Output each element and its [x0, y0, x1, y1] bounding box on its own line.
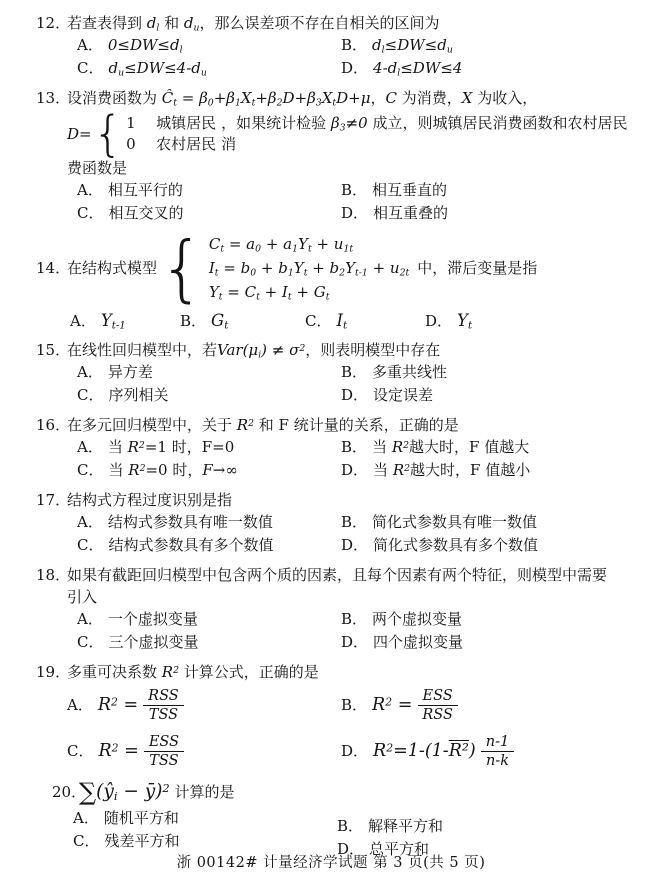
question-15-options: A．异方差 B．多重共线性 C．序列相关 D．设定误差	[77, 361, 636, 407]
option-label: B．	[341, 34, 367, 57]
option-text: 当 R2越大时，F 值越小	[373, 459, 530, 482]
option-label: D．	[425, 310, 452, 332]
question-19-number: 19．	[36, 661, 67, 683]
question-18: 18． 如果有截距回归模型中包含两个质的因素，且每个因素有两个特征，则模型中需要…	[36, 564, 636, 654]
formula-prefix: R2=1-(1-R²)	[373, 740, 476, 763]
question-13-options: A．相互平行的 B．相互垂直的 C．相互交叉的 D．相互重叠的	[77, 179, 636, 225]
option-label: D．	[341, 202, 368, 225]
question-20-option-a: A．随机平方和	[73, 807, 337, 830]
option-label: A．	[73, 807, 99, 830]
question-13-number: 13．	[36, 87, 67, 109]
option-label: A．	[77, 34, 103, 57]
option-text: dl≤DW≤du	[372, 34, 453, 57]
option-label: A．	[70, 310, 96, 332]
equation-income: Yt = Ct + It + Gt	[209, 280, 409, 304]
question-14-option-d: D．Yt	[425, 310, 472, 332]
option-text: 一个虚拟变量	[108, 608, 198, 631]
question-13-stem: 设消费函数为 Ĉt = β0+β1Xt+β2D+β3XtD+μ，C 为消费，X …	[67, 87, 636, 109]
option-text: 异方差	[108, 361, 153, 384]
fraction-numerator: n-1	[481, 733, 514, 752]
option-label: C．	[305, 310, 331, 332]
question-14-number: 14．	[36, 257, 67, 279]
option-label: D．	[341, 740, 368, 763]
fraction-numerator: ESS	[144, 733, 184, 752]
question-19-option-a: A．R2 = RSSTSS	[67, 687, 341, 724]
d-equals: D=	[67, 123, 92, 145]
option-label: A．	[77, 361, 103, 384]
question-12-number: 12．	[36, 12, 67, 34]
fraction-denominator: RSS	[417, 706, 458, 724]
question-13-option-b: B．相互垂直的	[341, 179, 636, 202]
question-13-option-d: D．相互重叠的	[341, 202, 636, 225]
option-label: A．	[67, 694, 93, 717]
fraction-numerator: RSS	[143, 687, 184, 706]
option-label: A．	[77, 608, 103, 631]
question-12: 12． 若查表得到 dl 和 du，那么误差项不存在自相关的区间为 A．0≤DW…	[36, 12, 636, 80]
option-text: 结构式参数具有多个数值	[108, 534, 273, 557]
option-text: 当 R2=0 时，F→∞	[108, 459, 237, 482]
question-14-stem-before: 在结构式模型	[67, 257, 157, 279]
question-14-option-a: A．Yt-1	[70, 310, 180, 332]
option-text: Yt	[457, 310, 472, 332]
dummy-variable-definition: D= { 1城镇居民 0农村居民 ，如果统计检验 β3≠0 成立，则城镇居民消费…	[67, 112, 636, 156]
option-label: C．	[67, 740, 93, 763]
formula-prefix: R2 =	[98, 740, 138, 763]
option-text: 当 R2越大时，F 值越大	[372, 436, 529, 459]
question-17-option-c: C．结构式参数具有多个数值	[77, 534, 341, 557]
question-15-option-c: C．序列相关	[77, 384, 341, 407]
fraction-denominator: TSS	[144, 752, 183, 770]
option-label: B．	[341, 511, 367, 534]
question-19-options: A．R2 = RSSTSS B．R2 = ESSRSS C．R2 = ESSTS…	[67, 687, 636, 771]
case-label: 农村居民	[156, 134, 216, 155]
question-16-stem: 在多元回归模型中，关于 R2 和 F 统计量的关系，正确的是	[67, 414, 636, 436]
question-17-options: A．结构式参数具有唯一数值 B．简化式参数具有唯一数值 C．结构式参数具有多个数…	[77, 511, 636, 557]
option-text: 相互重叠的	[373, 202, 448, 225]
question-14: 14． 在结构式模型 { Ct = a0 + a1Yt + u1t It = b…	[36, 232, 636, 332]
question-20: 20． ∑(ŷi − ȳ)2 计算的是 A．随机平方和 B．解释平方和 C．残差…	[52, 781, 636, 853]
option-label: A．	[77, 511, 103, 534]
option-label: D．	[341, 57, 368, 80]
option-label: B．	[341, 436, 367, 459]
question-20-options: A．随机平方和 B．解释平方和 C．残差平方和 D．总平方和	[73, 807, 636, 853]
question-18-stem: 如果有截距回归模型中包含两个质的因素，且每个因素有两个特征，则模型中需要	[67, 564, 636, 586]
equation-consumption: Ct = a0 + a1Yt + u1t	[209, 232, 409, 256]
page-footer: 浙 00142# 计量经济学试题 第 3 页(共 5 页)	[0, 852, 662, 874]
question-16-options: A．当 R2=1 时，F=0 B．当 R2越大时，F 值越大 C．当 R2=0 …	[77, 436, 636, 482]
case-rural: 0农村居民	[126, 134, 216, 155]
fraction-numerator: ESS	[418, 687, 458, 706]
option-text: 相互平行的	[108, 179, 183, 202]
option-label: C．	[77, 57, 103, 80]
question-20-option-b: B．解释平方和	[337, 815, 636, 838]
question-19-option-c: C．R2 = ESSTSS	[67, 733, 341, 770]
question-15-option-b: B．多重共线性	[341, 361, 636, 384]
question-16-number: 16．	[36, 414, 67, 436]
question-12-option-d: D．4-dl≤DW≤4	[341, 57, 636, 80]
question-12-option-a: A．0≤DW≤dl	[77, 34, 341, 57]
option-label: A．	[77, 436, 103, 459]
option-text: 两个虚拟变量	[372, 608, 462, 631]
left-brace: {	[159, 232, 205, 304]
question-15: 15． 在线性回归模型中，若Var(μi) ≠ σ2，则表明模型中存在 A．异方…	[36, 339, 636, 407]
option-text: du≤DW≤4-du	[108, 57, 206, 80]
option-text: 当 R2=1 时，F=0	[108, 436, 234, 459]
option-text: 四个虚拟变量	[373, 631, 463, 654]
option-text: 简化式参数具有唯一数值	[372, 511, 537, 534]
exam-page: 12． 若查表得到 dl 和 du，那么误差项不存在自相关的区间为 A．0≤DW…	[0, 0, 662, 887]
option-text: 多重共线性	[372, 361, 447, 384]
question-13-stem-continued: 费函数是	[67, 157, 636, 179]
option-text: 残差平方和	[104, 830, 179, 853]
question-14-stem-after: 中，滞后变量是指	[417, 257, 537, 279]
option-text: 4-dl≤DW≤4	[373, 57, 462, 80]
case-value: 0	[126, 134, 142, 155]
question-20-stem: ∑(ŷi − ȳ)2 计算的是	[79, 781, 636, 803]
equation-system: Ct = a0 + a1Yt + u1t It = b0 + b1Yt + b2…	[209, 232, 409, 304]
option-label: D．	[341, 534, 368, 557]
option-text: 序列相关	[108, 384, 168, 407]
option-text: It	[336, 310, 347, 332]
question-18-option-a: A．一个虚拟变量	[77, 608, 341, 631]
question-15-stem: 在线性回归模型中，若Var(μi) ≠ σ2，则表明模型中存在	[67, 339, 636, 361]
question-13-option-a: A．相互平行的	[77, 179, 341, 202]
question-13: 13． 设消费函数为 Ĉt = β0+β1Xt+β2D+β3XtD+μ，C 为消…	[36, 87, 636, 225]
question-16: 16． 在多元回归模型中，关于 R2 和 F 统计量的关系，正确的是 A．当 R…	[36, 414, 636, 482]
formula-prefix: R2 =	[372, 694, 412, 717]
option-text: Gt	[211, 310, 228, 332]
fraction: ESSRSS	[417, 687, 458, 724]
question-17-option-a: A．结构式参数具有唯一数值	[77, 511, 341, 534]
question-18-option-b: B．两个虚拟变量	[341, 608, 636, 631]
question-14-option-b: B．Gt	[180, 310, 305, 332]
question-17: 17． 结构式方程过度识别是指 A．结构式参数具有唯一数值 B．简化式参数具有唯…	[36, 489, 636, 557]
question-13-option-c: C．相互交叉的	[77, 202, 341, 225]
option-text: Yt-1	[101, 310, 126, 332]
question-16-option-c: C．当 R2=0 时，F→∞	[77, 459, 341, 482]
question-12-option-c: C．du≤DW≤4-du	[77, 57, 341, 80]
option-text: 相互垂直的	[372, 179, 447, 202]
fraction: RSSTSS	[143, 687, 184, 724]
option-label: C．	[77, 459, 103, 482]
question-16-option-a: A．当 R2=1 时，F=0	[77, 436, 341, 459]
option-label: A．	[77, 179, 103, 202]
option-label: C．	[77, 534, 103, 557]
option-label: C．	[77, 202, 103, 225]
question-18-option-c: C．三个虚拟变量	[77, 631, 341, 654]
dummy-cases: 1城镇居民 0农村居民	[126, 113, 216, 155]
formula-prefix: R2 =	[98, 694, 138, 717]
option-label: B．	[341, 694, 367, 717]
question-12-options: A．0≤DW≤dl B．dl≤DW≤du C．du≤DW≤4-du D．4-dl…	[77, 34, 636, 80]
option-label: C．	[77, 384, 103, 407]
option-label: D．	[341, 384, 368, 407]
question-17-option-d: D．简化式参数具有多个数值	[341, 534, 636, 557]
question-15-option-a: A．异方差	[77, 361, 341, 384]
option-text: 0≤DW≤dl	[108, 34, 183, 57]
question-12-stem: 若查表得到 dl 和 du，那么误差项不存在自相关的区间为	[67, 12, 636, 34]
question-15-number: 15．	[36, 339, 67, 361]
option-label: B．	[341, 361, 367, 384]
option-label: C．	[73, 830, 99, 853]
fraction-denominator: n-k	[481, 752, 514, 770]
option-text: 随机平方和	[104, 807, 179, 830]
question-18-stem-continued: 引入	[67, 586, 636, 608]
case-label: 城镇居民	[156, 113, 216, 134]
question-14-option-c: C．It	[305, 310, 425, 332]
question-17-option-b: B．简化式参数具有唯一数值	[341, 511, 636, 534]
option-text: 设定误差	[373, 384, 433, 407]
question-17-stem: 结构式方程过度识别是指	[67, 489, 636, 511]
question-15-option-d: D．设定误差	[341, 384, 636, 407]
option-text: 相互交叉的	[108, 202, 183, 225]
fraction-denominator: TSS	[144, 706, 183, 724]
question-18-options: A．一个虚拟变量 B．两个虚拟变量 C．三个虚拟变量 D．四个虚拟变量	[77, 608, 636, 654]
option-label: B．	[341, 179, 367, 202]
equation-investment: It = b0 + b1Yt + b2Yt-1 + u2t	[209, 256, 409, 280]
option-text: 解释平方和	[368, 815, 443, 838]
fraction: n-1n-k	[481, 733, 514, 770]
case-urban: 1城镇居民	[126, 113, 216, 134]
option-label: C．	[77, 631, 103, 654]
question-19: 19． 多重可决系数 R2 计算公式，正确的是 A．R2 = RSSTSS B．…	[36, 661, 636, 771]
question-14-options: A．Yt-1 B．Gt C．It D．Yt	[70, 310, 636, 332]
option-label: D．	[341, 631, 368, 654]
question-20-option-c: C．残差平方和	[73, 830, 337, 853]
question-20-number: 20．	[52, 781, 79, 803]
question-19-option-d: D．R2=1-(1-R²)n-1n-k	[341, 733, 636, 770]
left-brace: {	[93, 112, 124, 156]
question-13-stem-after-cases: ，如果统计检验 β3≠0 成立，则城镇居民消费函数和农村居民消	[221, 113, 636, 155]
option-label: D．	[341, 459, 368, 482]
question-18-number: 18．	[36, 564, 67, 586]
fraction: ESSTSS	[144, 733, 184, 770]
case-value: 1	[126, 113, 142, 134]
question-16-option-d: D．当 R2越大时，F 值越小	[341, 459, 636, 482]
question-12-option-b: B．dl≤DW≤du	[341, 34, 636, 57]
option-text: 简化式参数具有多个数值	[373, 534, 538, 557]
question-17-number: 17．	[36, 489, 67, 511]
option-text: 结构式参数具有唯一数值	[108, 511, 273, 534]
question-19-option-b: B．R2 = ESSRSS	[341, 687, 636, 724]
question-18-option-d: D．四个虚拟变量	[341, 631, 636, 654]
question-19-stem: 多重可决系数 R2 计算公式，正确的是	[67, 661, 636, 683]
option-text: 三个虚拟变量	[108, 631, 198, 654]
option-label: B．	[337, 815, 363, 838]
question-16-option-b: B．当 R2越大时，F 值越大	[341, 436, 636, 459]
option-label: B．	[341, 608, 367, 631]
option-label: B．	[180, 310, 206, 332]
